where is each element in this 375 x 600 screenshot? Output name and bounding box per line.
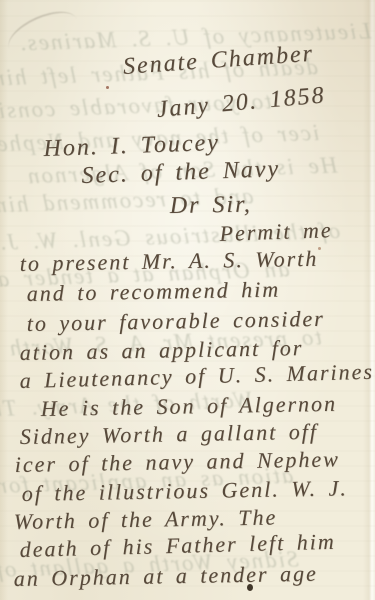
ink-speck xyxy=(318,247,321,250)
letter-recipient: Hon. I. Toucey xyxy=(43,130,220,163)
ink-speck xyxy=(106,86,109,89)
letter-body-line: of the illustrious Genl. W. J. xyxy=(22,475,348,507)
letter-date: Jany 20. 1858 xyxy=(156,82,327,124)
letter-body-line: to present Mr. A. S. Worth xyxy=(20,246,319,277)
pencil-smudge xyxy=(2,3,84,66)
letter-body-line: He is the Son of Algernon xyxy=(41,391,338,422)
letter-scan: a Lieutenancy of U. S. Marines. death of… xyxy=(0,0,375,600)
letter-body-line: an Orphan at a tender age xyxy=(14,561,318,592)
letter-place: Senate Chamber xyxy=(122,41,315,81)
letter-body-line: icer of the navy and Nephew xyxy=(15,446,341,478)
letter-body-line: to your favorable consider xyxy=(27,306,325,337)
letter-salutation: Dr Sir, xyxy=(170,192,252,220)
letter-body-line: and to recommend him xyxy=(27,277,281,307)
ink-speck xyxy=(247,584,253,591)
letter-recipient-title: Sec. of the Navy xyxy=(81,156,280,190)
letter-body-line: Permit me xyxy=(219,217,333,247)
letter-body-line: Sidney Worth a gallant off xyxy=(20,419,319,450)
